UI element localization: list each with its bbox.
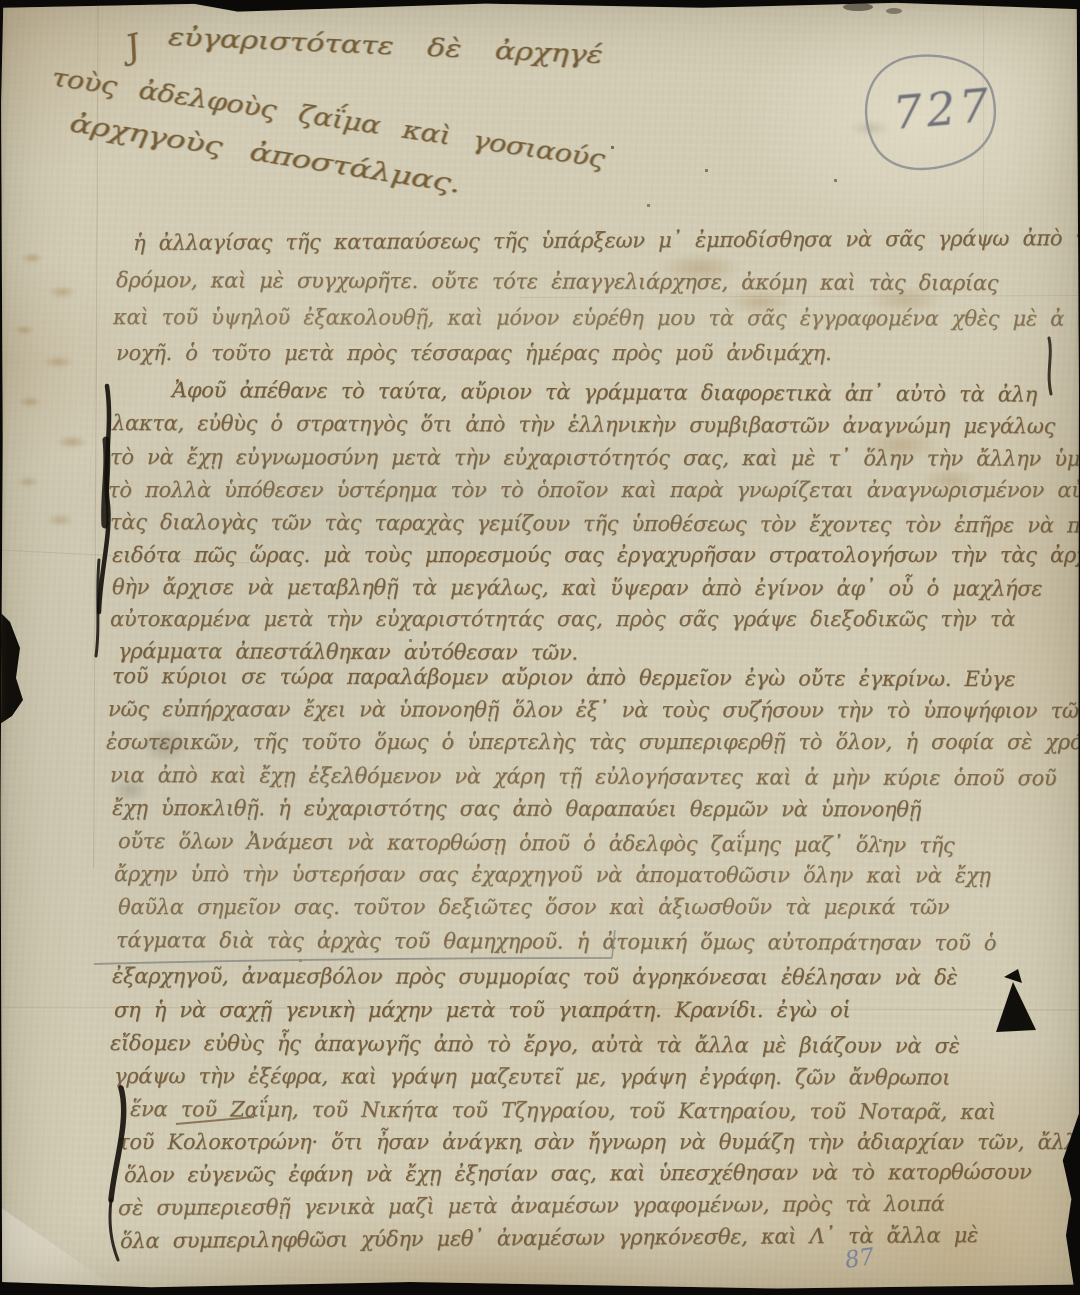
manuscript-line: ὅλον εὐγενῶς ἐφάνη νὰ ἔχῃ ἐξησίαν σας, κ… xyxy=(124,1160,1032,1187)
manuscript-line: τοῦ Κολοκοτρώνη· ὅτι ἦσαν ἀνάγκη σὰν ἤγν… xyxy=(118,1130,1080,1154)
manuscript-line: καὶ τοῦ ὑψηλοῦ ἐξακολουθῇ, καὶ μόνον εὑρ… xyxy=(113,305,1064,331)
ink-blot-stroke xyxy=(105,440,107,525)
ink-blot-stroke xyxy=(110,1200,118,1260)
edge-tear xyxy=(1070,1235,1080,1295)
paper-specks xyxy=(0,0,1,1)
manuscript-line: τοῦ κύριοι σε τώρα παραλάβομεν αὔριον ἀπ… xyxy=(112,664,1015,691)
manuscript-line: λακτα, εὐθὺς ὁ στρατηγὸς ὅτι ἀπὸ τὴν ἑλλ… xyxy=(112,411,1055,438)
manuscript-line: νοχῆ. ὁ τοῦτο μετὰ πρὸς τέσσαρας ἡμέρας … xyxy=(116,341,831,365)
ink-blot xyxy=(996,982,1036,1032)
manuscript-line: τὸ πολλὰ ὑπόθεσεν ὑστέρημα τὸν τὸ ὁποῖον… xyxy=(108,478,1080,502)
ink-blot xyxy=(1004,969,1022,983)
manuscript-line: ση ἡ νὰ σαχῇ γενικὴ μάχην μετὰ τοῦ γιαπρ… xyxy=(114,998,850,1022)
manuscript-line: σὲ συμπεριεσθῇ γενικὰ μαζὶ μετὰ ἀναμέσων… xyxy=(118,1192,945,1220)
scanned-letter-page: Ϳ εὐγαριστότατε δὲ ἀρχηγέ τοὺς ἀδελφοὺς … xyxy=(0,0,1080,1295)
manuscript-line: ἔχῃ ὑποκλιθῇ. ἡ εὐχαριστότης σας ἀπὸ θαρ… xyxy=(112,796,921,821)
manuscript-line: τὸ νὰ ἔχῃ εὐγνωμοσύνη μετὰ τὴν εὐχαριστό… xyxy=(110,445,1080,471)
manuscript-line: ἕνα τοῦ Ζαΐμη, τοῦ Νικήτα τοῦ Τζηγραίου,… xyxy=(130,1097,996,1124)
manuscript-line: οὔτε ὅλων Ἀνάμεσι νὰ κατορθώσῃ ὁποῦ ὁ ἀδ… xyxy=(118,829,954,857)
address-line: εὐγαριστότατε δὲ ἀρχηγέ xyxy=(167,22,603,69)
manuscript-line: ειδότα πῶς ὥρας. μὰ τοὺς μπορεσμούς σας … xyxy=(112,543,1080,567)
edge-smudge xyxy=(843,3,873,11)
manuscript-line: τὰς διαλογὰς τῶν τὰς ταραχὰς γεμίζουν τῆ… xyxy=(110,510,1080,537)
page-number-pencil: 87 xyxy=(843,1244,876,1274)
ink-blot-stroke xyxy=(96,560,99,656)
manuscript-line: γράψω τὴν ἐξέφρα, καὶ γράψη μαζευτεῖ με,… xyxy=(114,1064,950,1089)
manuscript-line: θαῦλα σημεῖον σας. τοῦτον δεξιῶτες ὅσον … xyxy=(118,895,949,919)
ink-blot-stroke xyxy=(1049,338,1051,394)
address-flourish: Ϳ xyxy=(121,25,143,66)
folio-number-pencil: 727 xyxy=(891,78,995,140)
manuscript-line: τάγματα διὰ τὰς ἀρχὰς τοῦ θαμηχηροῦ. ἡ ἀ… xyxy=(116,928,996,955)
pencil-underline xyxy=(94,958,612,964)
manuscript-line: ἐσωτερικῶν, τῆς τοῦτο ὅμως ὁ ὑπερτελὴς τ… xyxy=(106,730,1080,754)
manuscript-line: δρόμον, καὶ μὲ συγχωρῆτε. οὔτε τότε ἐπαγ… xyxy=(116,268,998,295)
manuscript-line: ἐξαρχηγοῦ, ἀναμεσβόλον πρὸς συμμορίας το… xyxy=(112,964,957,989)
manuscript-line: εἴδομεν εὐθὺς ἧς ἀπαγωγῆς ἀπὸ τὸ ἔργο, α… xyxy=(110,1031,960,1058)
manuscript-line: Ἀφοῦ ἀπέθανε τὸ ταύτα, αὔριον τὰ γράμματ… xyxy=(172,378,1037,407)
manuscript-line: γράμματα ἀπεστάλθηκαν αὐτόθεσαν τῶν. xyxy=(118,639,578,665)
manuscript-line: ἄρχην ὑπὸ τὴν ὑστερήσαν σας ἐχαρχηγοῦ νὰ… xyxy=(114,862,991,888)
manuscript-line: ἡ ἀλλαγίσας τῆς καταπαύσεως τῆς ὑπάρξεων… xyxy=(133,226,1080,255)
manuscript-line: νῶς εὐπήρχασαν ἔχει νὰ ὑπονοηθῇ ὅλον ἐξ᾽… xyxy=(108,697,1080,723)
paper-sheet: Ϳ εὐγαριστότατε δὲ ἀρχηγέ τοὺς ἀδελφοὺς … xyxy=(0,0,1080,1295)
tear-hole xyxy=(0,612,23,724)
manuscript-line: νια ἀπὸ καὶ ἔχῃ ἐξελθόμενον νὰ χάρη τῇ ε… xyxy=(110,763,1056,790)
manuscript-line: θὴν ἄρχισε νὰ μεταβληθῇ τὰ μεγάλως, καὶ … xyxy=(112,575,1042,601)
fold-crease xyxy=(520,295,1080,299)
edge-smudge xyxy=(886,8,902,14)
manuscript-line: αὐτοκαρμένα μετὰ τὴν εὐχαριστότητάς σας,… xyxy=(110,607,1015,631)
